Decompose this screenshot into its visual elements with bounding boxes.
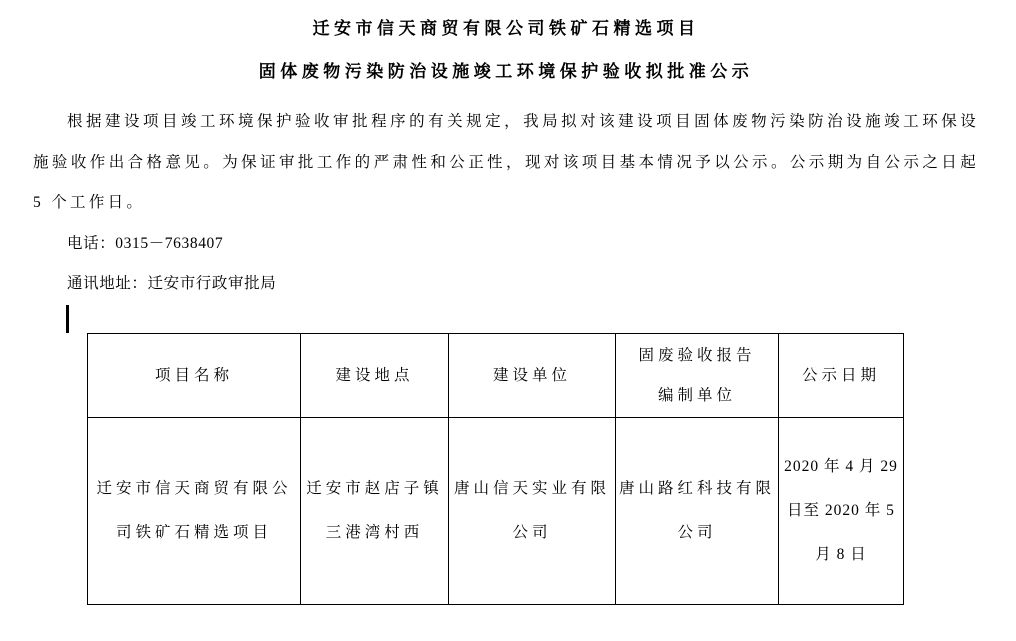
phone-line: 电话：0315－7638407 (33, 224, 979, 265)
table-header-row: 项目名称 建设地点 建设单位 固废验收报告 编制单位 公示日期 (88, 334, 904, 418)
document-content: 迁安市信天商贸有限公司铁矿石精选项目 固体废物污染防治设施竣工环境保护验收拟批准… (33, 10, 979, 305)
table-header-construction-unit: 建设单位 (449, 334, 616, 418)
document-subtitle: 固体废物污染防治设施竣工环境保护验收拟批准公示 (33, 53, 979, 91)
notice-body-paragraph: 根据建设项目竣工环境保护验收审批程序的有关规定，我局拟对该建设项目固体废物污染防… (33, 102, 979, 224)
table-header-project-name: 项目名称 (88, 334, 301, 418)
table-header-publicity-date: 公示日期 (779, 334, 904, 418)
cell-report-unit: 唐山路红科技有限公司 (616, 418, 779, 605)
notice-table: 项目名称 建设地点 建设单位 固废验收报告 编制单位 公示日期 迁安市信天商贸有… (87, 333, 904, 605)
table-header-construction-site: 建设地点 (301, 334, 449, 418)
cell-construction-site: 迁安市赵店子镇三港湾村西 (301, 418, 449, 605)
text-cursor (66, 305, 69, 333)
table-header-report-unit: 固废验收报告 编制单位 (616, 334, 779, 418)
document-page[interactable]: 迁安市信天商贸有限公司铁矿石精选项目 固体废物污染防治设施竣工环境保护验收拟批准… (0, 0, 1016, 641)
address-line: 通讯地址：迁安市行政审批局 (33, 264, 979, 305)
cell-publicity-date: 2020 年 4 月 29 日至 2020 年 5 月 8 日 (779, 418, 904, 605)
cell-construction-unit: 唐山信天实业有限公司 (449, 418, 616, 605)
document-title: 迁安市信天商贸有限公司铁矿石精选项目 (33, 10, 979, 48)
table-row: 迁安市信天商贸有限公司铁矿石精选项目 迁安市赵店子镇三港湾村西 唐山信天实业有限… (88, 418, 904, 605)
cell-project-name: 迁安市信天商贸有限公司铁矿石精选项目 (88, 418, 301, 605)
